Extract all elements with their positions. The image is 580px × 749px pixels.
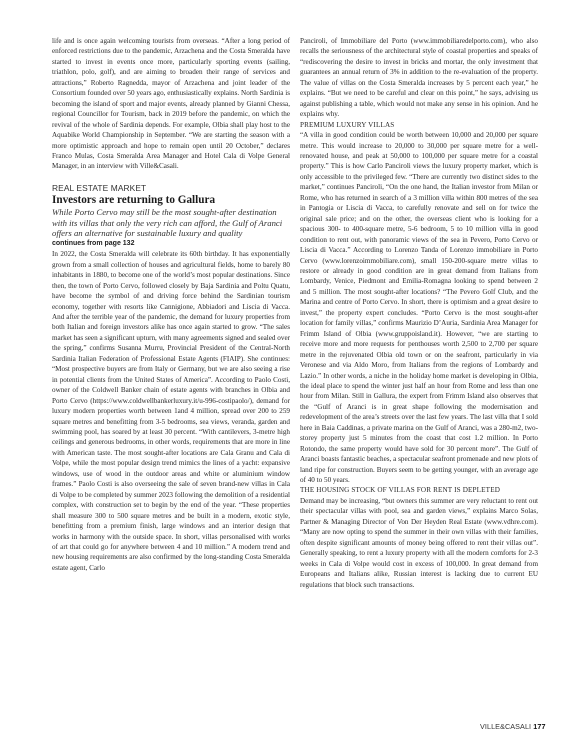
left-column: life and is once again welcoming tourist… [52,36,290,573]
article-headline: Investors are returning to Gallura [52,194,290,207]
paragraph-housing-stock: Demand may be increasing, “but owners th… [300,496,538,590]
publication-name: VILLE&CASALI [480,722,531,731]
page-footer: VILLE&CASALI 177 [480,722,546,731]
paragraph-premium-villas: “A villa in good condition could be wort… [300,130,538,485]
right-column: Panciroli, of Immobiliare del Porto (www… [300,36,538,590]
article-standfirst: While Porto Cervo may still be the most … [52,207,290,239]
page-number: 177 [533,722,545,731]
body-paragraph: In 2022, the Costa Smeralda will celebra… [52,249,290,573]
paragraph-panciroli: Panciroli, of Immobiliare del Porto (www… [300,36,538,120]
subhead-housing-stock: THE HOUSING STOCK OF VILLAS FOR RENT IS … [300,485,538,495]
continues-from-note: continues from page 132 [52,239,290,249]
subhead-premium-villas: PREMIUM LUXURY VILLAS [300,120,538,130]
intro-paragraph: life and is once again welcoming tourist… [52,36,290,172]
section-label: REAL ESTATE MARKET [52,183,290,194]
